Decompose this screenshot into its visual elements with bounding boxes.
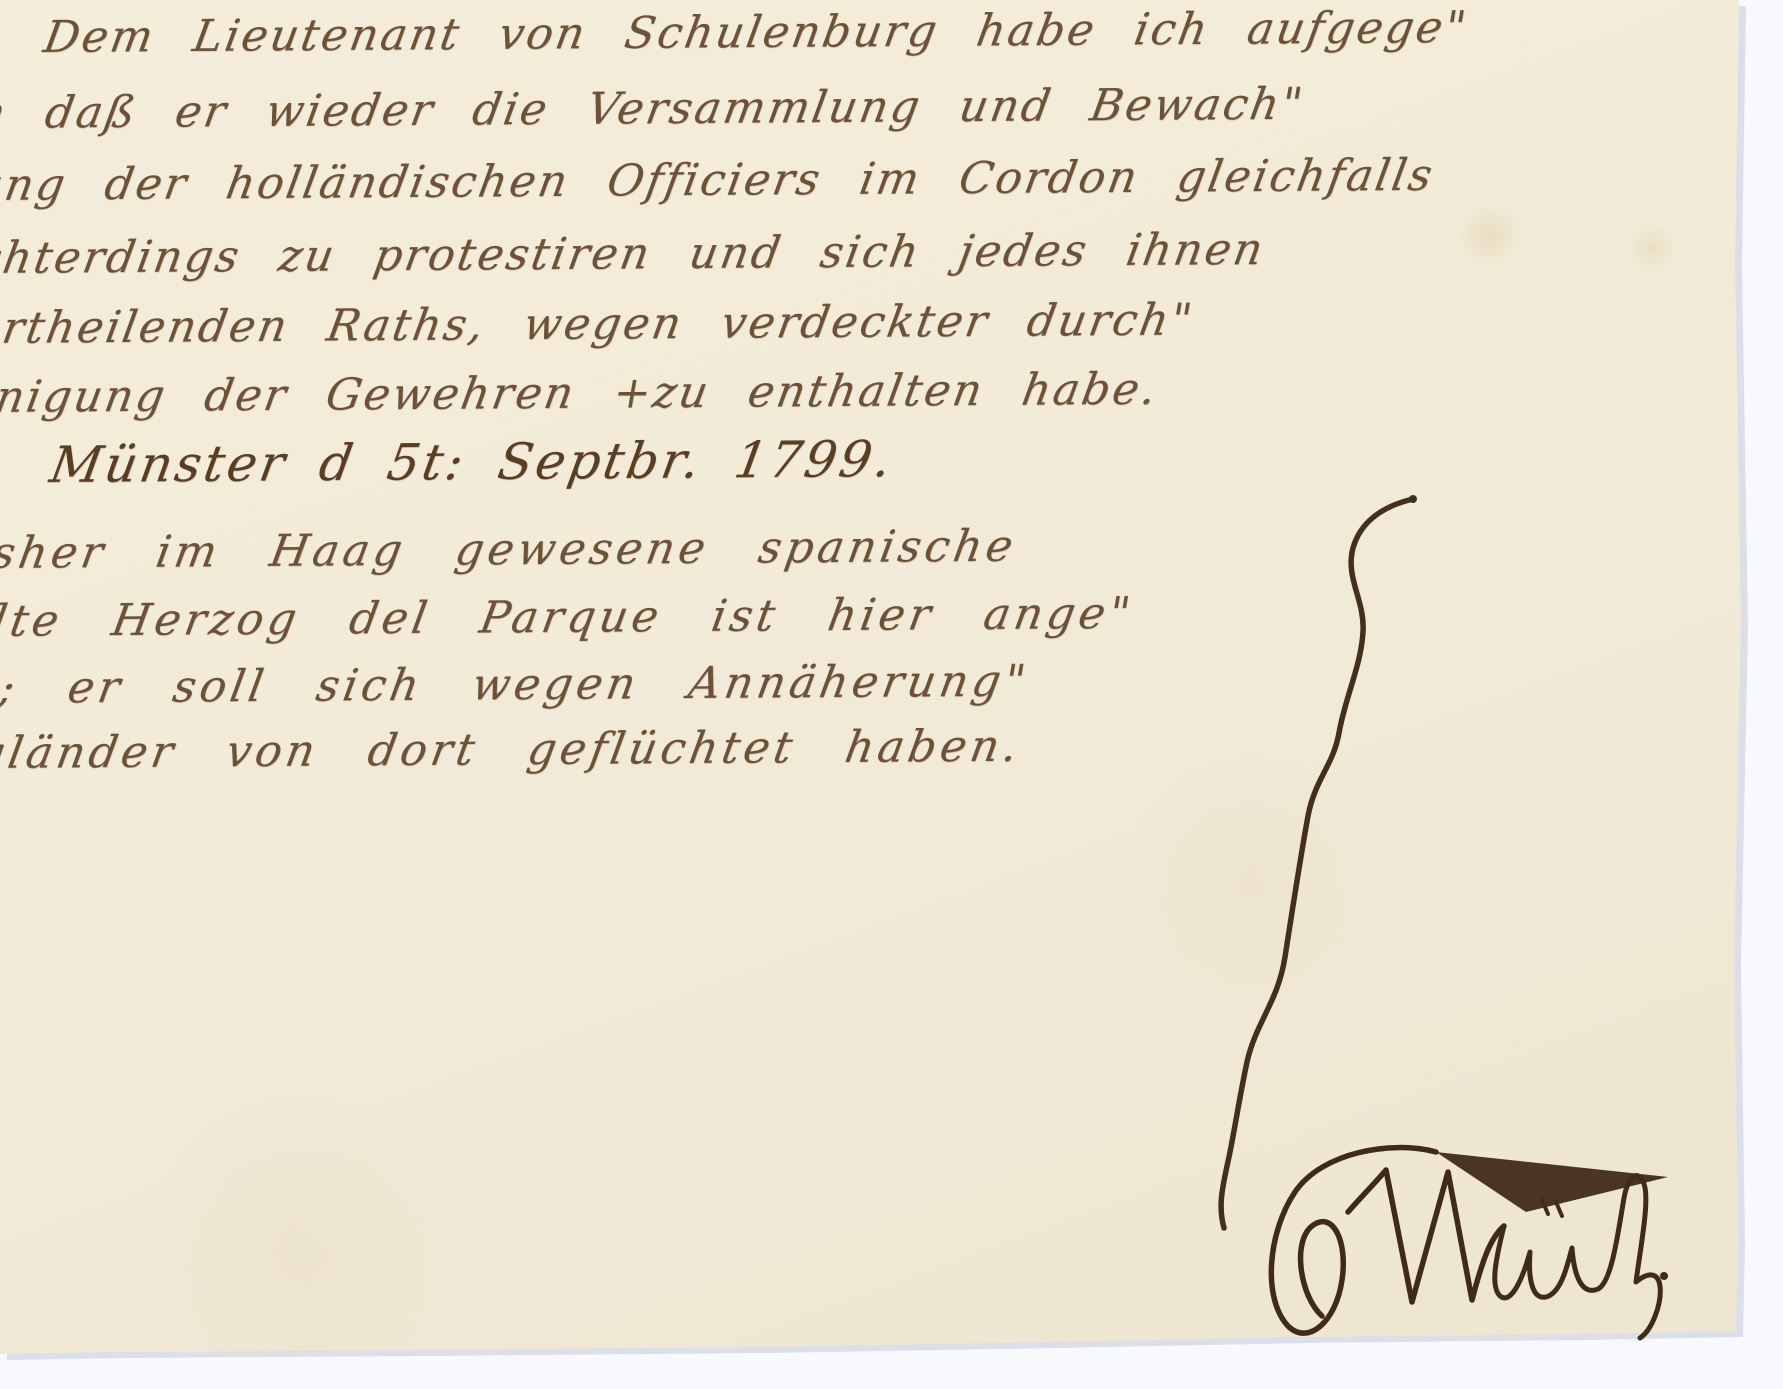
handwritten-line: ung der holländischen Officiers im Cordo… (0, 150, 1438, 211)
handwritten-line: r; er soll sich wegen Annäherung" (0, 656, 1033, 714)
letter-page: Dem Lieutenant von Schulenburg habe ich … (0, 0, 1783, 1389)
handwritten-line: n daß er wieder die Versammlung und Bewa… (0, 79, 1308, 139)
handwritten-line: gländer von dort geflüchtet haben. (0, 721, 1025, 779)
handwritten-line: ertheilenden Raths, wegen verdeckter dur… (0, 294, 1198, 354)
handwritten-line: isher im Haag gewesene spanische (0, 521, 1021, 579)
handwritten-line: inigung der Gewehren +zu enthalten habe. (0, 364, 1162, 423)
date-line: Münster d 5t: Septbr. 1799. (46, 430, 898, 494)
handwritten-line: chterdings zu protestiren und sich jedes… (0, 224, 1269, 284)
handwritten-line: Dem Lieutenant von Schulenburg habe ich … (40, 2, 1472, 63)
handwritten-line: dte Herzog del Parque ist hier ange" (0, 588, 1138, 647)
photo-background: Dem Lieutenant von Schulenburg habe ich … (0, 0, 1783, 1389)
